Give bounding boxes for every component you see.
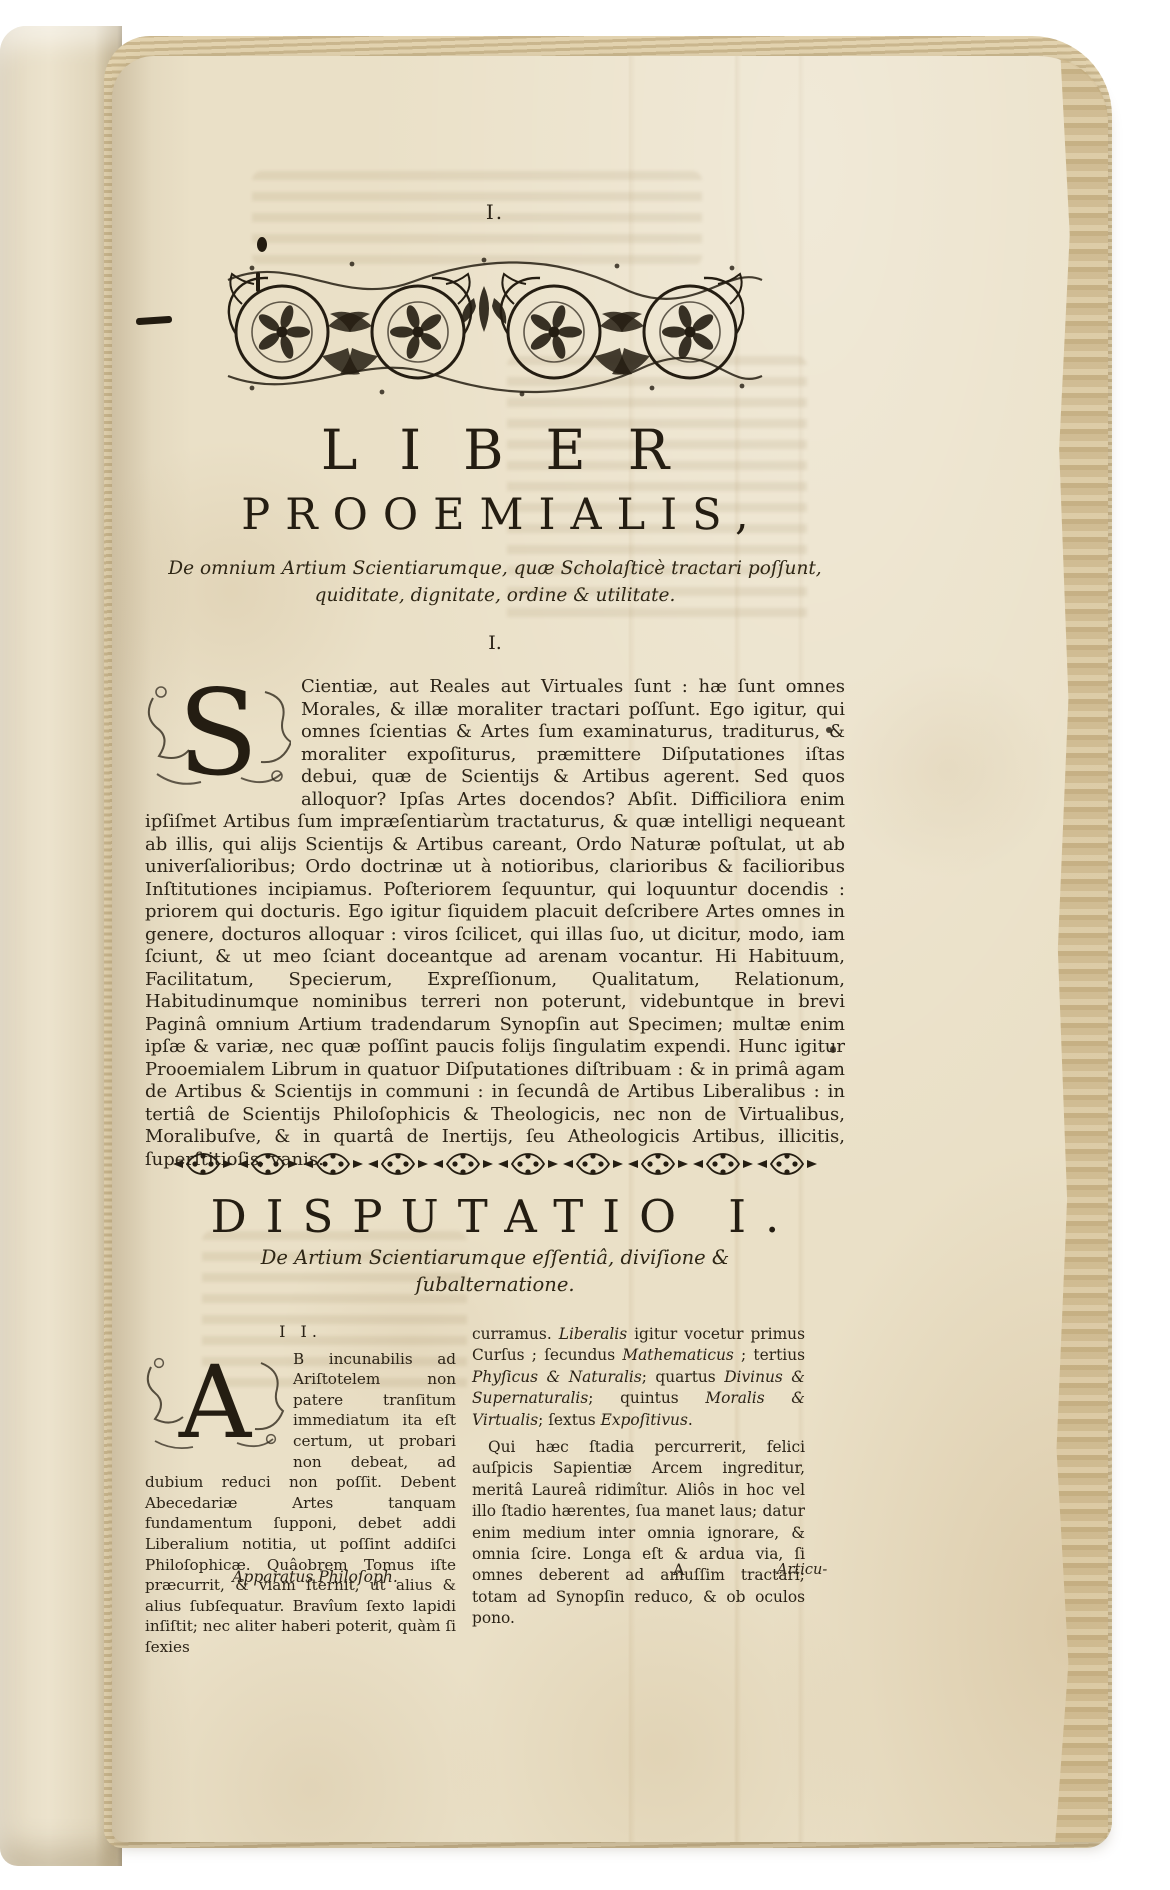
right-column-paragraph-2: Qui hæc ſtadia percurrerit, felici auſpi… (472, 1437, 805, 1630)
book-title-line2: PROOEMIALIS, (145, 490, 845, 540)
disputatio-subtitle: De Artium Scientiarumque eſſentiâ, diviſ… (145, 1244, 845, 1298)
drop-cap-S-woodcut: S (145, 678, 291, 790)
book-photo: I. (0, 0, 1170, 1890)
section-number-1: I. (145, 632, 845, 654)
intro-paragraph: S Cientiæ, aut Reales aut Virtuales ſunt… (145, 676, 845, 1171)
folio-number: I. (145, 200, 845, 224)
section-number-2: I I. (145, 1322, 456, 1343)
disputatio-subtitle-line1: De Artium Scientiarumque eſſentiâ, diviſ… (145, 1244, 845, 1271)
disputatio-title: DISPUTATIO I. (145, 1190, 845, 1243)
subtitle-line1: De omnium Artium Scientiarumque, quæ Sch… (145, 555, 845, 582)
running-title-footer: Apparatus Philoſoph. (205, 1568, 425, 1586)
fleuron-divider (170, 1144, 820, 1184)
drop-cap-A-woodcut: A (145, 1351, 285, 1452)
catchword: Articu- (777, 1562, 845, 1578)
subtitle-line2: quiditate, dignitate, ordine & utilitate… (145, 582, 845, 609)
page-content: I. (145, 200, 845, 1760)
deckle-edge (1042, 56, 1108, 1842)
right-column: curramus. Liberalis igitur vocetur primu… (472, 1324, 805, 1630)
disputatio-subtitle-line2: ſubalternatione. (145, 1271, 845, 1298)
left-column-paragraph: A B incunabilis ad Ariſtotelem non pater… (145, 1349, 456, 1658)
book-title-line1: LIBER (145, 418, 845, 482)
right-column-paragraph-1: curramus. Liberalis igitur vocetur primu… (472, 1324, 805, 1431)
book-subtitle: De omnium Artium Scientiarumque, quæ Sch… (145, 555, 845, 609)
woodcut-headpiece-ornament (222, 246, 767, 408)
svg-text:S: S (178, 678, 259, 790)
svg-text:A: A (178, 1351, 253, 1452)
left-column: I I. A B incunabilis ad Ariſtotelem non … (145, 1322, 456, 1658)
gathering-signature-mark: A (673, 1560, 703, 1579)
